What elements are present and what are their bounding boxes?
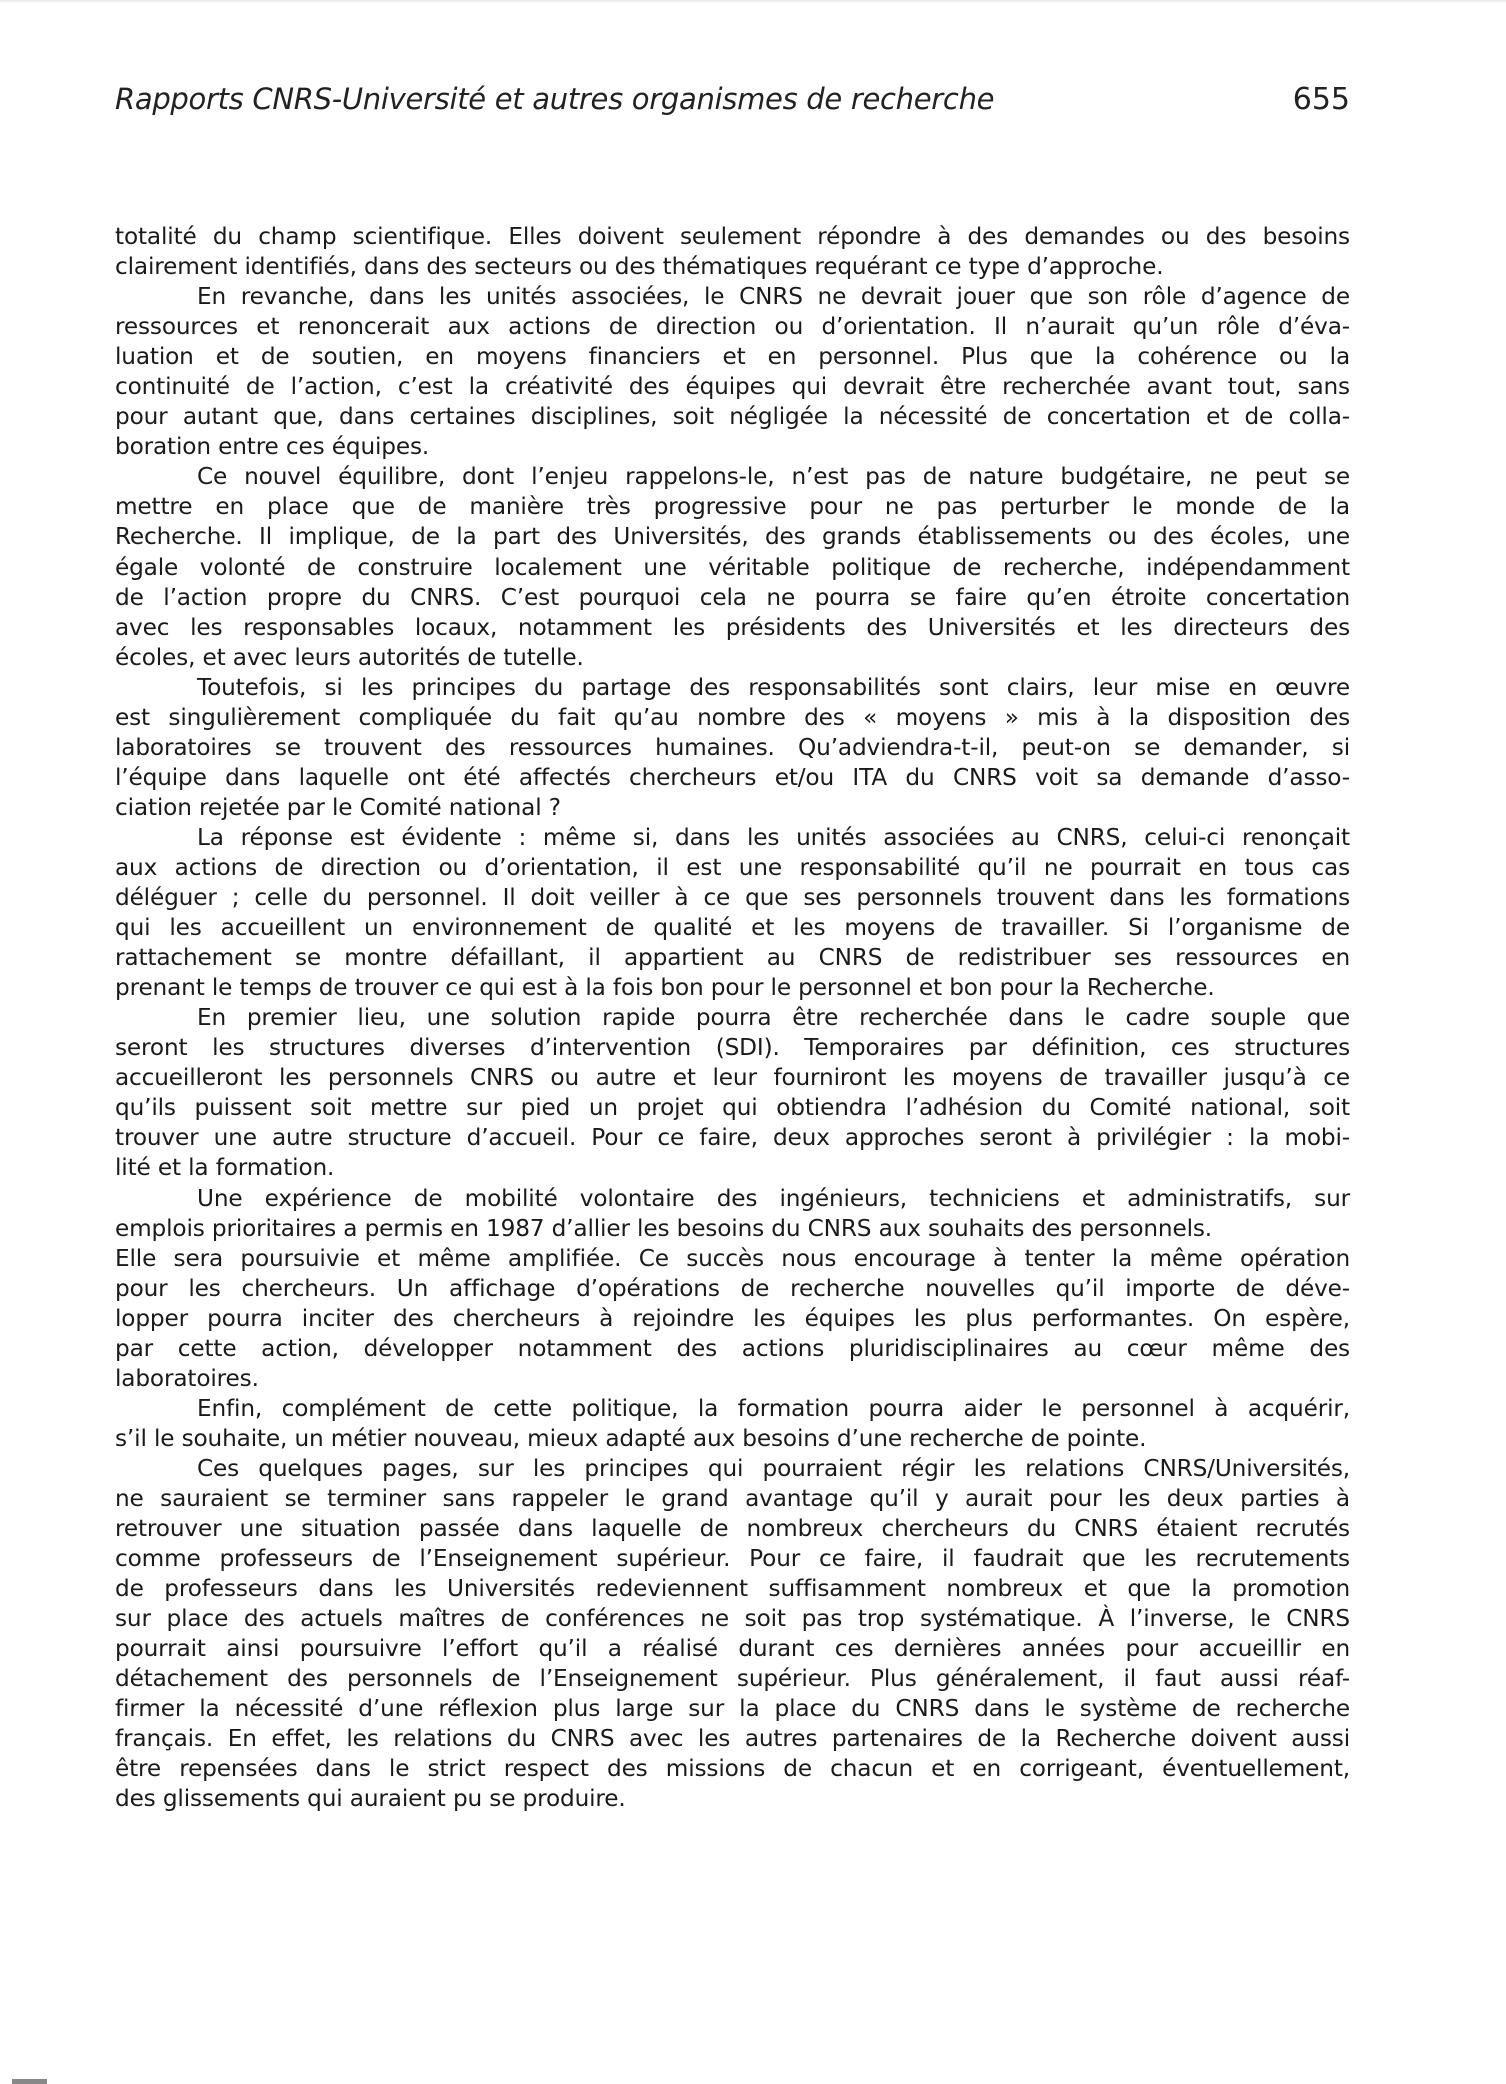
text-line: pour autant que, dans certaines discipli… bbox=[115, 402, 1350, 432]
paragraph-first-line: Enfin, complément de cette politique, la… bbox=[115, 1394, 1350, 1424]
text-line: continuité de l’action, c’est la créativ… bbox=[115, 372, 1350, 402]
text-line: laboratoires se trouvent des ressources … bbox=[115, 733, 1350, 763]
text-line: ciation rejetée par le Comité national ? bbox=[115, 793, 1350, 823]
text-line: ressources et renoncerait aux actions de… bbox=[115, 312, 1350, 342]
scan-edge bbox=[0, 0, 1506, 3]
text-line: avec les responsables locaux, notamment … bbox=[115, 613, 1350, 643]
text-line: détachement des personnels de l’Enseigne… bbox=[115, 1664, 1350, 1694]
text-line: pourrait ainsi poursuivre l’effort qu’il… bbox=[115, 1634, 1350, 1664]
paragraph-first-line: Une expérience de mobilité volontaire de… bbox=[115, 1184, 1350, 1214]
text-line: l’équipe dans laquelle ont été affectés … bbox=[115, 763, 1350, 793]
text-line: est singulièrement compliquée du fait qu… bbox=[115, 703, 1350, 733]
text-line: firmer la nécessité d’une réflexion plus… bbox=[115, 1694, 1350, 1724]
text-line: totalité du champ scientifique. Elles do… bbox=[115, 222, 1350, 252]
text-line: ne sauraient se terminer sans rappeler l… bbox=[115, 1484, 1350, 1514]
running-title: Rapports CNRS-Université et autres organ… bbox=[115, 82, 994, 116]
text-line: égale volonté de construire localement u… bbox=[115, 553, 1350, 583]
paragraph-first-line: En revanche, dans les unités associées, … bbox=[115, 282, 1350, 312]
text-line: seront les structures diverses d’interve… bbox=[115, 1033, 1350, 1063]
text-line: luation et de soutien, en moyens financi… bbox=[115, 342, 1350, 372]
text-line: lité et la formation. bbox=[115, 1153, 1350, 1183]
paragraph-first-line: La réponse est évidente : même si, dans … bbox=[115, 823, 1350, 853]
paragraph-first-line: Ce nouvel équilibre, dont l’enjeu rappel… bbox=[115, 462, 1350, 492]
text-line: retrouver une situation passée dans laqu… bbox=[115, 1514, 1350, 1544]
body-text: totalité du champ scientifique. Elles do… bbox=[115, 222, 1350, 1814]
text-line: boration entre ces équipes. bbox=[115, 432, 1350, 462]
text-line: qu’ils puissent soit mettre sur pied un … bbox=[115, 1093, 1350, 1123]
text-line: accueilleront les personnels CNRS ou aut… bbox=[115, 1063, 1350, 1093]
text-line: Recherche. Il implique, de la part des U… bbox=[115, 522, 1350, 552]
page-number: 655 bbox=[1293, 82, 1350, 117]
scan-mark bbox=[12, 2079, 47, 2084]
text-line: Elle sera poursuivie et même amplifiée. … bbox=[115, 1244, 1350, 1274]
text-line: comme professeurs de l’Enseignement supé… bbox=[115, 1544, 1350, 1574]
paragraph-first-line: Ces quelques pages, sur les principes qu… bbox=[115, 1454, 1350, 1484]
text-line: français. En effet, les relations du CNR… bbox=[115, 1724, 1350, 1754]
text-line: mettre en place que de manière très prog… bbox=[115, 492, 1350, 522]
text-line: s’il le souhaite, un métier nouveau, mie… bbox=[115, 1424, 1350, 1454]
text-line: emplois prioritaires a permis en 1987 d’… bbox=[115, 1214, 1350, 1244]
text-line: clairement identifiés, dans des secteurs… bbox=[115, 252, 1350, 282]
text-line: rattachement se montre défaillant, il ap… bbox=[115, 943, 1350, 973]
paragraph-first-line: En premier lieu, une solution rapide pou… bbox=[115, 1003, 1350, 1033]
text-line: prenant le temps de trouver ce qui est à… bbox=[115, 973, 1350, 1003]
text-line: pour les chercheurs. Un affichage d’opér… bbox=[115, 1274, 1350, 1304]
text-line: sur place des actuels maîtres de confére… bbox=[115, 1604, 1350, 1634]
paragraph-first-line: Toutefois, si les principes du partage d… bbox=[115, 673, 1350, 703]
text-line: par cette action, développer notamment d… bbox=[115, 1334, 1350, 1364]
text-line: déléguer ; celle du personnel. Il doit v… bbox=[115, 883, 1350, 913]
text-line: lopper pourra inciter des chercheurs à r… bbox=[115, 1304, 1350, 1334]
text-line: trouver une autre structure d’accueil. P… bbox=[115, 1123, 1350, 1153]
text-line: de l’action propre du CNRS. C’est pourqu… bbox=[115, 583, 1350, 613]
text-line: être repensées dans le strict respect de… bbox=[115, 1754, 1350, 1784]
page-header: Rapports CNRS-Université et autres organ… bbox=[115, 82, 1350, 122]
text-line: de professeurs dans les Universités rede… bbox=[115, 1574, 1350, 1604]
text-line: des glissements qui auraient pu se produ… bbox=[115, 1784, 1350, 1814]
text-line: laboratoires. bbox=[115, 1364, 1350, 1394]
text-line: aux actions de direction ou d’orientatio… bbox=[115, 853, 1350, 883]
text-line: qui les accueillent un environnement de … bbox=[115, 913, 1350, 943]
text-line: écoles, et avec leurs autorités de tutel… bbox=[115, 643, 1350, 673]
